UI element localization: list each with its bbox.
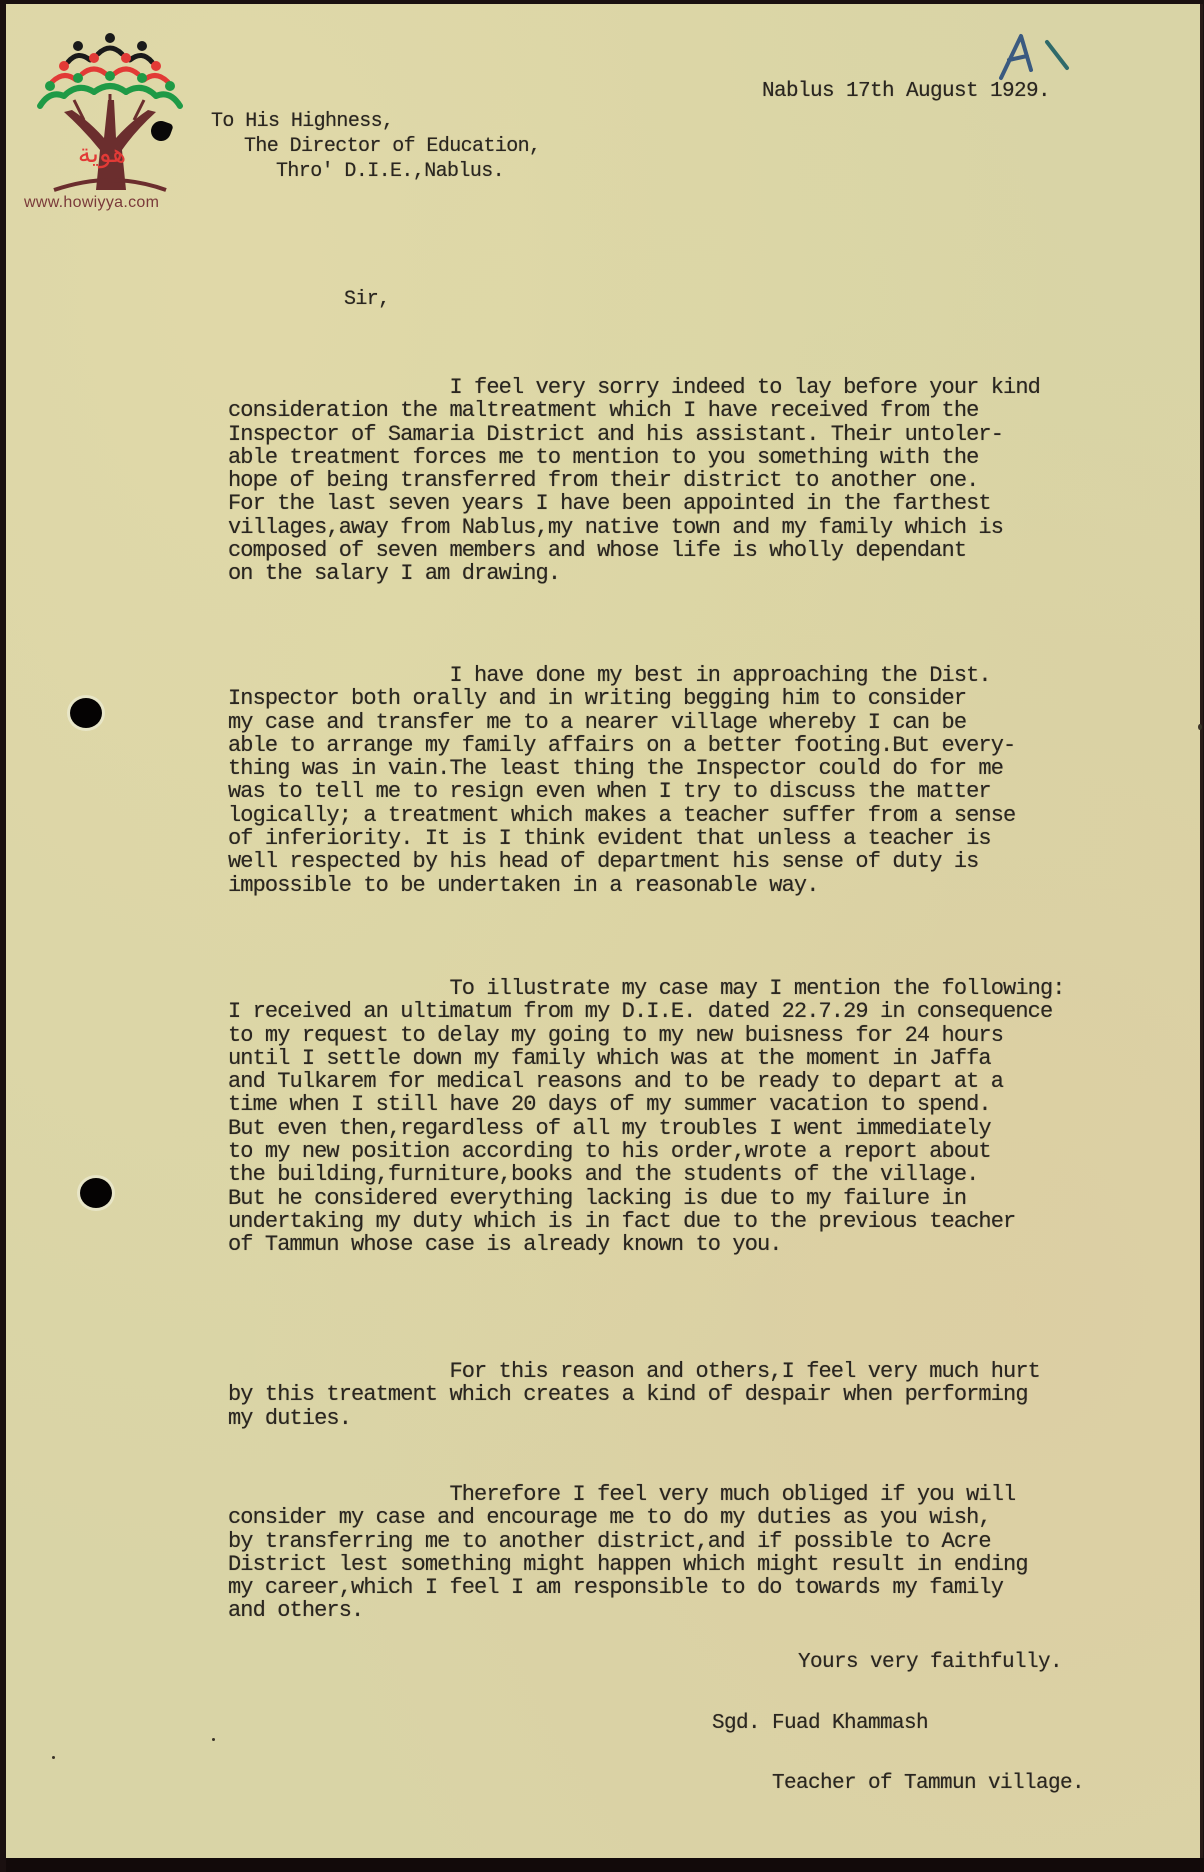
paper-speck (52, 1756, 55, 1759)
text-line: composed of seven members and whose life… (228, 539, 1204, 562)
paper-speck (212, 1738, 215, 1741)
text-line: I received an ultimatum from my D.I.E. d… (228, 1000, 1204, 1023)
text-line: undertaking my duty which is in fact due… (228, 1210, 1204, 1233)
address-line-2: The Director of Education, (244, 135, 540, 158)
text-line: to my request to delay my going to my ne… (228, 1024, 1204, 1047)
text-line: and others. (228, 1599, 1204, 1622)
text-line: was to tell me to resign even when I try… (228, 780, 1204, 803)
text-line: able treatment forces me to mention to y… (228, 446, 1204, 469)
paper-speck (1198, 724, 1202, 730)
paragraph-5: Therefore I feel very much obliged if yo… (228, 1483, 1204, 1623)
text-line: and Tulkarem for medical reasons and to … (228, 1070, 1204, 1093)
folio-number: 41 (991, 28, 1081, 88)
closing: Yours very faithfully. (798, 1651, 1062, 1674)
text-line: of inferiority. It is I think evident th… (228, 827, 1204, 850)
address-line-3: Thro' D.I.E.,Nablus. (276, 160, 504, 183)
text-line: To illustrate my case may I mention the … (228, 977, 1204, 1000)
text-line: I have done my best in approaching the D… (228, 664, 1204, 687)
text-line: villages,away from Nablus,my native town… (228, 516, 1204, 539)
text-line: of Tammun whose case is already known to… (228, 1233, 1204, 1256)
text-line: For the last seven years I have been app… (228, 492, 1204, 515)
text-line: well respected by his head of department… (228, 850, 1204, 873)
paragraph-4: For this reason and others,I feel very m… (228, 1360, 1204, 1430)
text-line: by transferring me to another district,a… (228, 1530, 1204, 1553)
text-line: until I settle down my family which was … (228, 1047, 1204, 1070)
text-line: hope of being transferred from their dis… (228, 469, 1204, 492)
text-line: For this reason and others,I feel very m… (228, 1360, 1204, 1383)
text-line: consideration the maltreatment which I h… (228, 399, 1204, 422)
text-line: my career,which I feel I am responsible … (228, 1576, 1204, 1599)
text-line: But even then,regardless of all my troub… (228, 1117, 1204, 1140)
svg-text:هوية: هوية (78, 139, 126, 169)
text-line: logically; a treatment which makes a tea… (228, 804, 1204, 827)
paragraph-2: I have done my best in approaching the D… (228, 664, 1204, 897)
svg-text:41: 41 (991, 28, 993, 29)
punch-hole (80, 1178, 112, 1208)
text-line: the building,furniture,books and the stu… (228, 1163, 1204, 1186)
text-line: my duties. (228, 1407, 1204, 1430)
address-line-1: To His Highness, (211, 110, 393, 133)
signature: Sgd. Fuad Khammash (712, 1712, 928, 1735)
text-line: able to arrange my family affairs on a b… (228, 734, 1204, 757)
text-line: Inspector both orally and in writing beg… (228, 687, 1204, 710)
paragraph-1: I feel very sorry indeed to lay before y… (228, 376, 1204, 586)
text-line: But he considered everything lacking is … (228, 1187, 1204, 1210)
signer-title: Teacher of Tammun village. (772, 1772, 1084, 1795)
paragraph-3: To illustrate my case may I mention the … (228, 977, 1204, 1257)
text-line: Therefore I feel very much obliged if yo… (228, 1483, 1204, 1506)
text-line: Inspector of Samaria District and his as… (228, 423, 1204, 446)
date-line: Nablus 17th August 1929. (762, 80, 1050, 103)
text-line: I feel very sorry indeed to lay before y… (228, 376, 1204, 399)
text-line: thing was in vain.The least thing the In… (228, 757, 1204, 780)
text-line: by this treatment which creates a kind o… (228, 1383, 1204, 1406)
scan-edge (6, 1858, 1204, 1872)
text-line: impossible to be undertaken in a reasona… (228, 874, 1204, 897)
document-page: هوية www.howiyya.com 41 Nablus 17th Augu… (6, 4, 1203, 1860)
logo-url: www.howiyya.com (24, 194, 159, 212)
text-line: District lest something might happen whi… (228, 1553, 1204, 1576)
salutation: Sir, (344, 288, 390, 311)
text-line: to my new position according to his orde… (228, 1140, 1204, 1163)
text-line: consider my case and encourage me to do … (228, 1506, 1204, 1529)
punch-hole (70, 698, 102, 728)
text-line: on the salary I am drawing. (228, 562, 1204, 585)
tree-of-people-icon: هوية (24, 30, 184, 200)
text-line: time when I still have 20 days of my sum… (228, 1093, 1204, 1116)
text-line: my case and transfer me to a nearer vill… (228, 711, 1204, 734)
